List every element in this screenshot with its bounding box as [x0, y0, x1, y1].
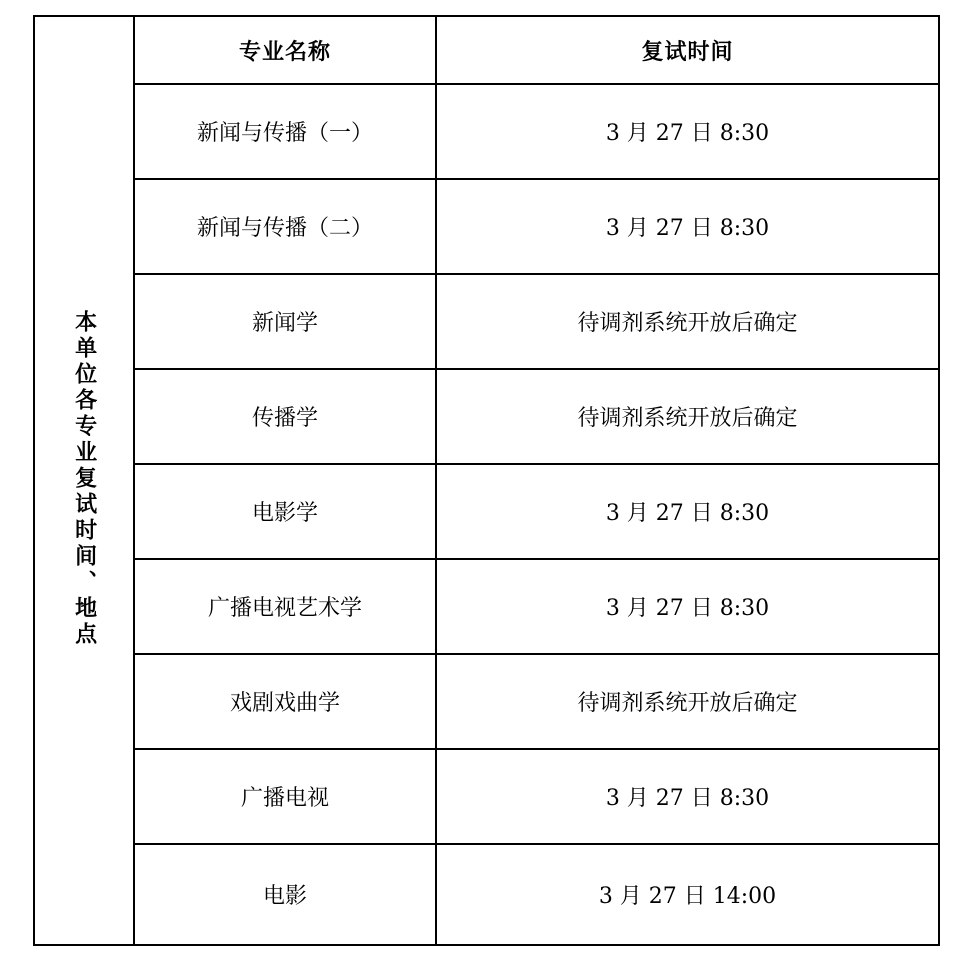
- exam-schedule-table: 本单位各专业复试时间、地点 专业名称 复试时间 新闻与传播（一） 3 月 27 …: [33, 15, 940, 946]
- major-cell: 新闻学: [134, 274, 436, 369]
- time-cell: 3 月 27 日 8:30: [436, 84, 939, 179]
- major-cell: 新闻与传播（一）: [134, 84, 436, 179]
- major-cell: 电影: [134, 844, 436, 945]
- time-cell: 3 月 27 日 8:30: [436, 749, 939, 844]
- table-row: 广播电视艺术学 3 月 27 日 8:30: [34, 559, 939, 654]
- major-cell: 新闻与传播（二）: [134, 179, 436, 274]
- major-cell: 广播电视: [134, 749, 436, 844]
- table-row: 新闻与传播（二） 3 月 27 日 8:30: [34, 179, 939, 274]
- table-row: 戏剧戏曲学 待调剂系统开放后确定: [34, 654, 939, 749]
- table-row: 传播学 待调剂系统开放后确定: [34, 369, 939, 464]
- table-row: 新闻与传播（一） 3 月 27 日 8:30: [34, 84, 939, 179]
- row-group-header-label: 本单位各专业复试时间、地点: [71, 310, 96, 648]
- row-group-header-cell: 本单位各专业复试时间、地点: [34, 16, 134, 945]
- major-cell: 戏剧戏曲学: [134, 654, 436, 749]
- time-cell: 3 月 27 日 14:00: [436, 844, 939, 945]
- table-row: 广播电视 3 月 27 日 8:30: [34, 749, 939, 844]
- major-cell: 广播电视艺术学: [134, 559, 436, 654]
- time-cell: 待调剂系统开放后确定: [436, 369, 939, 464]
- table-row: 电影 3 月 27 日 14:00: [34, 844, 939, 945]
- column-header-major: 专业名称: [134, 16, 436, 84]
- table-row: 电影学 3 月 27 日 8:30: [34, 464, 939, 559]
- major-cell: 电影学: [134, 464, 436, 559]
- time-cell: 3 月 27 日 8:30: [436, 464, 939, 559]
- major-cell: 传播学: [134, 369, 436, 464]
- column-header-time: 复试时间: [436, 16, 939, 84]
- time-cell: 3 月 27 日 8:30: [436, 559, 939, 654]
- time-cell: 待调剂系统开放后确定: [436, 274, 939, 369]
- table-header-row: 本单位各专业复试时间、地点 专业名称 复试时间: [34, 16, 939, 84]
- page: 本单位各专业复试时间、地点 专业名称 复试时间 新闻与传播（一） 3 月 27 …: [0, 0, 976, 960]
- time-cell: 待调剂系统开放后确定: [436, 654, 939, 749]
- table-row: 新闻学 待调剂系统开放后确定: [34, 274, 939, 369]
- time-cell: 3 月 27 日 8:30: [436, 179, 939, 274]
